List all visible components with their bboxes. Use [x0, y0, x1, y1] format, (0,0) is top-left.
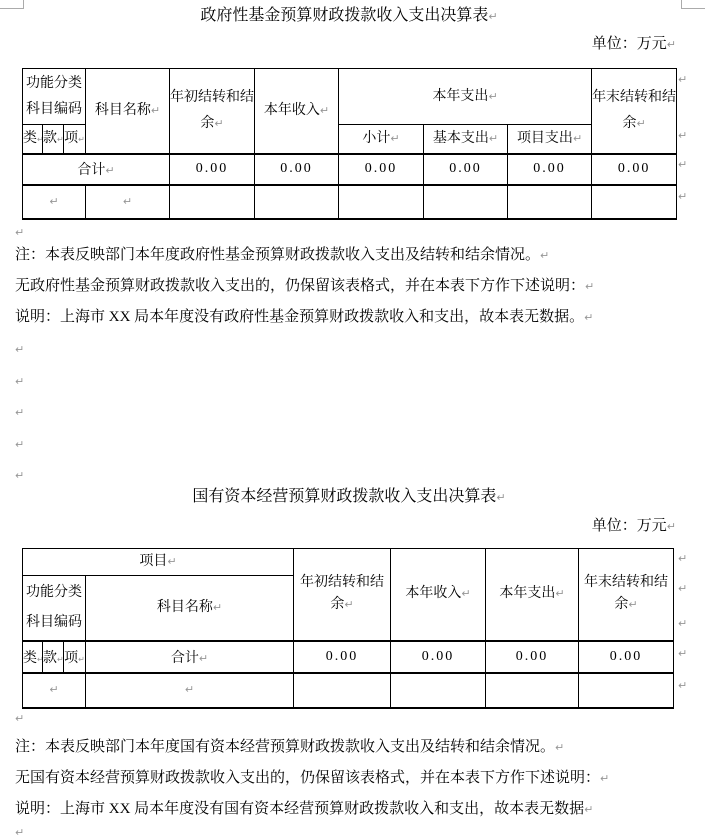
fund-budget-table: 功能分类科目编码 科目名称↵ 年初结转和结余↵ 本年收入↵ 本年支出↵ 年末结转…	[22, 68, 677, 220]
pilcrow-mark: ↵	[199, 652, 208, 665]
pilcrow-mark: ↵	[555, 587, 564, 600]
header-section: 款↵	[43, 125, 64, 154]
header-begin-balance: 年初结转和结余↵	[294, 549, 391, 641]
end-of-row-mark: ↵	[678, 130, 687, 141]
pilcrow-mark: ↵	[488, 10, 497, 23]
header-year-income: 本年收入↵	[391, 549, 486, 641]
table1-title-text: 政府性基金预算财政拨款收入支出决算表	[200, 7, 488, 24]
pilcrow-mark: ↵	[167, 555, 176, 568]
header-section-text: 款	[43, 131, 57, 146]
header-project-text: 项目	[139, 554, 167, 569]
table1-title: 政府性基金预算财政拨款收入支出决算表↵	[22, 6, 676, 26]
note-line: 无政府性基金预算财政拨款收入支出的，仍保留该表格式，并在本表下方作下述说明：↵	[15, 278, 695, 295]
pilcrow-mark: ↵	[105, 164, 114, 177]
end-of-row-mark: ↵	[678, 159, 687, 170]
pilcrow-mark: ↵	[667, 38, 676, 51]
total-subtotal: 0.00	[339, 154, 424, 185]
empty-subject-cell: ↵	[86, 185, 170, 219]
end-of-row-mark: ↵	[678, 648, 687, 659]
pilcrow-mark: ↵	[57, 655, 64, 664]
end-of-row-mark: ↵	[678, 618, 687, 629]
total-label-cell: 合计↵	[23, 154, 170, 185]
pilcrow-mark: ↵	[667, 520, 676, 533]
note-line: 说明：上海市 XX 局本年度没有国有资本经营预算财政拨款收入和支出，故本表无数据…	[15, 801, 695, 818]
header-end-balance-text: 年末结转和结余	[592, 90, 676, 131]
pilcrow-mark: ↵	[600, 772, 609, 785]
pilcrow-mark: ↵	[488, 90, 497, 103]
header-class-text: 类	[23, 131, 37, 146]
empty-cell	[255, 185, 339, 219]
pilcrow-mark: ↵	[214, 117, 223, 130]
total-end-balance: 0.00	[592, 154, 677, 185]
pilcrow-mark: ↵	[57, 135, 64, 144]
header-end-balance: 年末结转和结余↵	[579, 549, 674, 641]
empty-code-cell: ↵	[23, 185, 86, 219]
header-item: 项↵	[64, 125, 86, 154]
paragraph-mark: ↵	[15, 713, 24, 724]
note-text: 注：本表反映部门本年度政府性基金预算财政拨款收入支出及结转和结余情况。	[15, 247, 540, 263]
paragraph-mark: ↵	[15, 376, 24, 387]
end-of-row-mark: ↵	[678, 191, 687, 202]
pilcrow-mark: ↵	[573, 132, 582, 145]
empty-cell	[424, 185, 508, 219]
table-row: 类↵ 款↵ 项↵ 合计↵ 0.00 0.00 0.00 0.00	[23, 641, 674, 673]
header-subject-name: 科目名称↵	[86, 576, 294, 641]
table-row: 合计↵ 0.00 0.00 0.00 0.00 0.00 0.00	[23, 154, 677, 185]
empty-cell	[508, 185, 592, 219]
pilcrow-mark: ↵	[151, 104, 160, 117]
total-end-balance: 0.00	[579, 641, 674, 673]
paragraph-mark: ↵	[15, 344, 24, 355]
total-begin-balance: 0.00	[170, 154, 255, 185]
header-year-expense: 本年支出↵	[486, 549, 579, 641]
pilcrow-mark: ↵	[78, 135, 85, 144]
pilcrow-mark: ↵	[496, 491, 505, 504]
header-year-income: 本年收入↵	[255, 69, 339, 154]
header-func-code: 功能分类科目编码	[23, 576, 86, 641]
header-begin-balance: 年初结转和结余↵	[170, 69, 255, 154]
header-item: 项↵	[64, 641, 86, 673]
header-class: 类↵	[23, 125, 43, 154]
total-year-income: 0.00	[391, 641, 486, 673]
note-line: 注：本表反映部门本年度政府性基金预算财政拨款收入支出及结转和结余情况。↵	[15, 247, 695, 264]
page-corner-mark-left	[0, 0, 24, 9]
pilcrow-mark: ↵	[555, 741, 564, 754]
pilcrow-mark: ↵	[584, 311, 593, 324]
pilcrow-mark: ↵	[390, 132, 399, 145]
header-end-balance: 年末结转和结余↵	[592, 69, 677, 154]
pilcrow-mark: ↵	[49, 683, 58, 696]
page-corner-mark-right	[681, 0, 705, 9]
empty-cell	[486, 673, 579, 708]
note-text: 无国有资本经营预算财政拨款收入支出的，仍保留该表格式，并在本表下方作下述说明：	[15, 770, 600, 786]
note-text: 说明：上海市 XX 局本年度没有政府性基金预算财政拨款收入和支出，故本表无数据。	[15, 309, 584, 325]
end-of-row-mark: ↵	[678, 553, 687, 564]
total-year-income: 0.00	[255, 154, 339, 185]
table2-title-text: 国有资本经营预算财政拨款收入支出决算表	[192, 488, 496, 505]
header-year-income-text: 本年收入	[405, 586, 461, 601]
unit-text: 单位：万元	[592, 518, 667, 534]
header-project-expense: 项目支出↵	[508, 125, 592, 154]
pilcrow-mark: ↵	[78, 655, 85, 664]
note-text: 说明：上海市 XX 局本年度没有国有资本经营预算财政拨款收入和支出，故本表无数据	[15, 801, 584, 817]
header-class-text: 类	[23, 651, 37, 666]
state-capital-table: 项目↵ 年初结转和结余↵ 本年收入↵ 本年支出↵ 年末结转和结余↵ 功能分类科目…	[22, 548, 674, 709]
note-text: 无政府性基金预算财政拨款收入支出的，仍保留该表格式，并在本表下方作下述说明：	[15, 278, 585, 294]
table1-unit-label: 单位：万元↵	[22, 36, 676, 53]
paragraph-mark: ↵	[15, 827, 24, 835]
total-project-expense: 0.00	[508, 154, 592, 185]
header-section: 款↵	[43, 641, 64, 673]
header-item-text: 项	[64, 651, 78, 666]
note-text: 注：本表反映部门本年度国有资本经营预算财政拨款收入支出及结转和结余情况。	[15, 739, 555, 755]
header-year-income-text: 本年收入	[264, 103, 320, 118]
pilcrow-mark: ↵	[540, 249, 549, 262]
table-row: ↵ ↵	[23, 185, 677, 219]
header-subtotal: 小计↵	[339, 125, 424, 154]
pilcrow-mark: ↵	[213, 601, 222, 614]
header-project: 项目↵	[23, 549, 294, 576]
pilcrow-mark: ↵	[320, 104, 329, 117]
unit-text: 单位：万元	[592, 36, 667, 52]
pilcrow-mark: ↵	[37, 135, 43, 144]
total-begin-balance: 0.00	[294, 641, 391, 673]
header-func-code-text: 功能分类科目编码	[26, 76, 82, 117]
pilcrow-mark: ↵	[123, 195, 132, 208]
header-item-text: 项	[64, 131, 78, 146]
pilcrow-mark: ↵	[461, 587, 470, 600]
pilcrow-mark: ↵	[344, 598, 353, 611]
header-subtotal-text: 小计	[362, 131, 390, 146]
header-year-expense-text: 本年支出	[499, 586, 555, 601]
pilcrow-mark: ↵	[628, 598, 637, 611]
pilcrow-mark: ↵	[37, 655, 43, 664]
header-basic-expense: 基本支出↵	[424, 125, 508, 154]
total-label-text: 合计	[77, 163, 105, 178]
total-year-expense: 0.00	[486, 641, 579, 673]
header-section-text: 款	[43, 651, 57, 666]
header-year-expense-text: 本年支出	[432, 89, 488, 104]
empty-cell	[339, 185, 424, 219]
pilcrow-mark: ↵	[585, 280, 594, 293]
pilcrow-mark: ↵	[185, 683, 194, 696]
header-basic-expense-text: 基本支出	[433, 131, 489, 146]
header-func-code-text: 功能分类科目编码	[26, 585, 82, 630]
end-of-row-mark: ↵	[678, 583, 687, 594]
header-end-balance-text: 年末结转和结余	[584, 575, 668, 612]
paragraph-mark: ↵	[15, 470, 24, 481]
end-of-row-mark: ↵	[678, 680, 687, 691]
header-subject-name-text: 科目名称	[95, 103, 151, 118]
pilcrow-mark: ↵	[489, 132, 498, 145]
note-line: 说明：上海市 XX 局本年度没有政府性基金预算财政拨款收入和支出，故本表无数据。…	[15, 309, 695, 326]
pilcrow-mark: ↵	[49, 195, 58, 208]
pilcrow-mark: ↵	[636, 117, 645, 130]
table2-title: 国有资本经营预算财政拨款收入支出决算表↵	[22, 487, 676, 507]
paragraph-mark: ↵	[15, 439, 24, 450]
empty-cell	[170, 185, 255, 219]
table2-unit-label: 单位：万元↵	[22, 518, 676, 535]
header-subject-name: 科目名称↵	[86, 69, 170, 154]
empty-cell	[592, 185, 677, 219]
empty-cell	[294, 673, 391, 708]
empty-cell	[391, 673, 486, 708]
note-line: 注：本表反映部门本年度国有资本经营预算财政拨款收入支出及结转和结余情况。↵	[15, 739, 695, 756]
note-line: 无国有资本经营预算财政拨款收入支出的，仍保留该表格式，并在本表下方作下述说明：↵	[15, 770, 695, 787]
header-subject-name-text: 科目名称	[157, 600, 213, 615]
pilcrow-mark: ↵	[584, 803, 593, 816]
header-begin-balance-text: 年初结转和结余	[170, 90, 254, 131]
end-of-row-mark: ↵	[678, 74, 687, 85]
paragraph-mark: ↵	[15, 407, 24, 418]
header-begin-balance-text: 年初结转和结余	[300, 575, 384, 612]
paragraph-mark: ↵	[15, 227, 24, 238]
header-class: 类↵	[23, 641, 43, 673]
total-label-text: 合计	[171, 651, 199, 666]
empty-code-cell: ↵	[23, 673, 86, 708]
table-row: ↵ ↵	[23, 673, 674, 708]
empty-subject-cell: ↵	[86, 673, 294, 708]
header-project-expense-text: 项目支出	[517, 131, 573, 146]
empty-cell	[579, 673, 674, 708]
header-year-expense: 本年支出↵	[339, 69, 592, 125]
total-label-cell: 合计↵	[86, 641, 294, 673]
total-basic-expense: 0.00	[424, 154, 508, 185]
header-func-code: 功能分类科目编码	[23, 69, 86, 125]
document-page: 政府性基金预算财政拨款收入支出决算表↵ 单位：万元↵ 功能分类科目编码 科目名称…	[0, 0, 705, 835]
